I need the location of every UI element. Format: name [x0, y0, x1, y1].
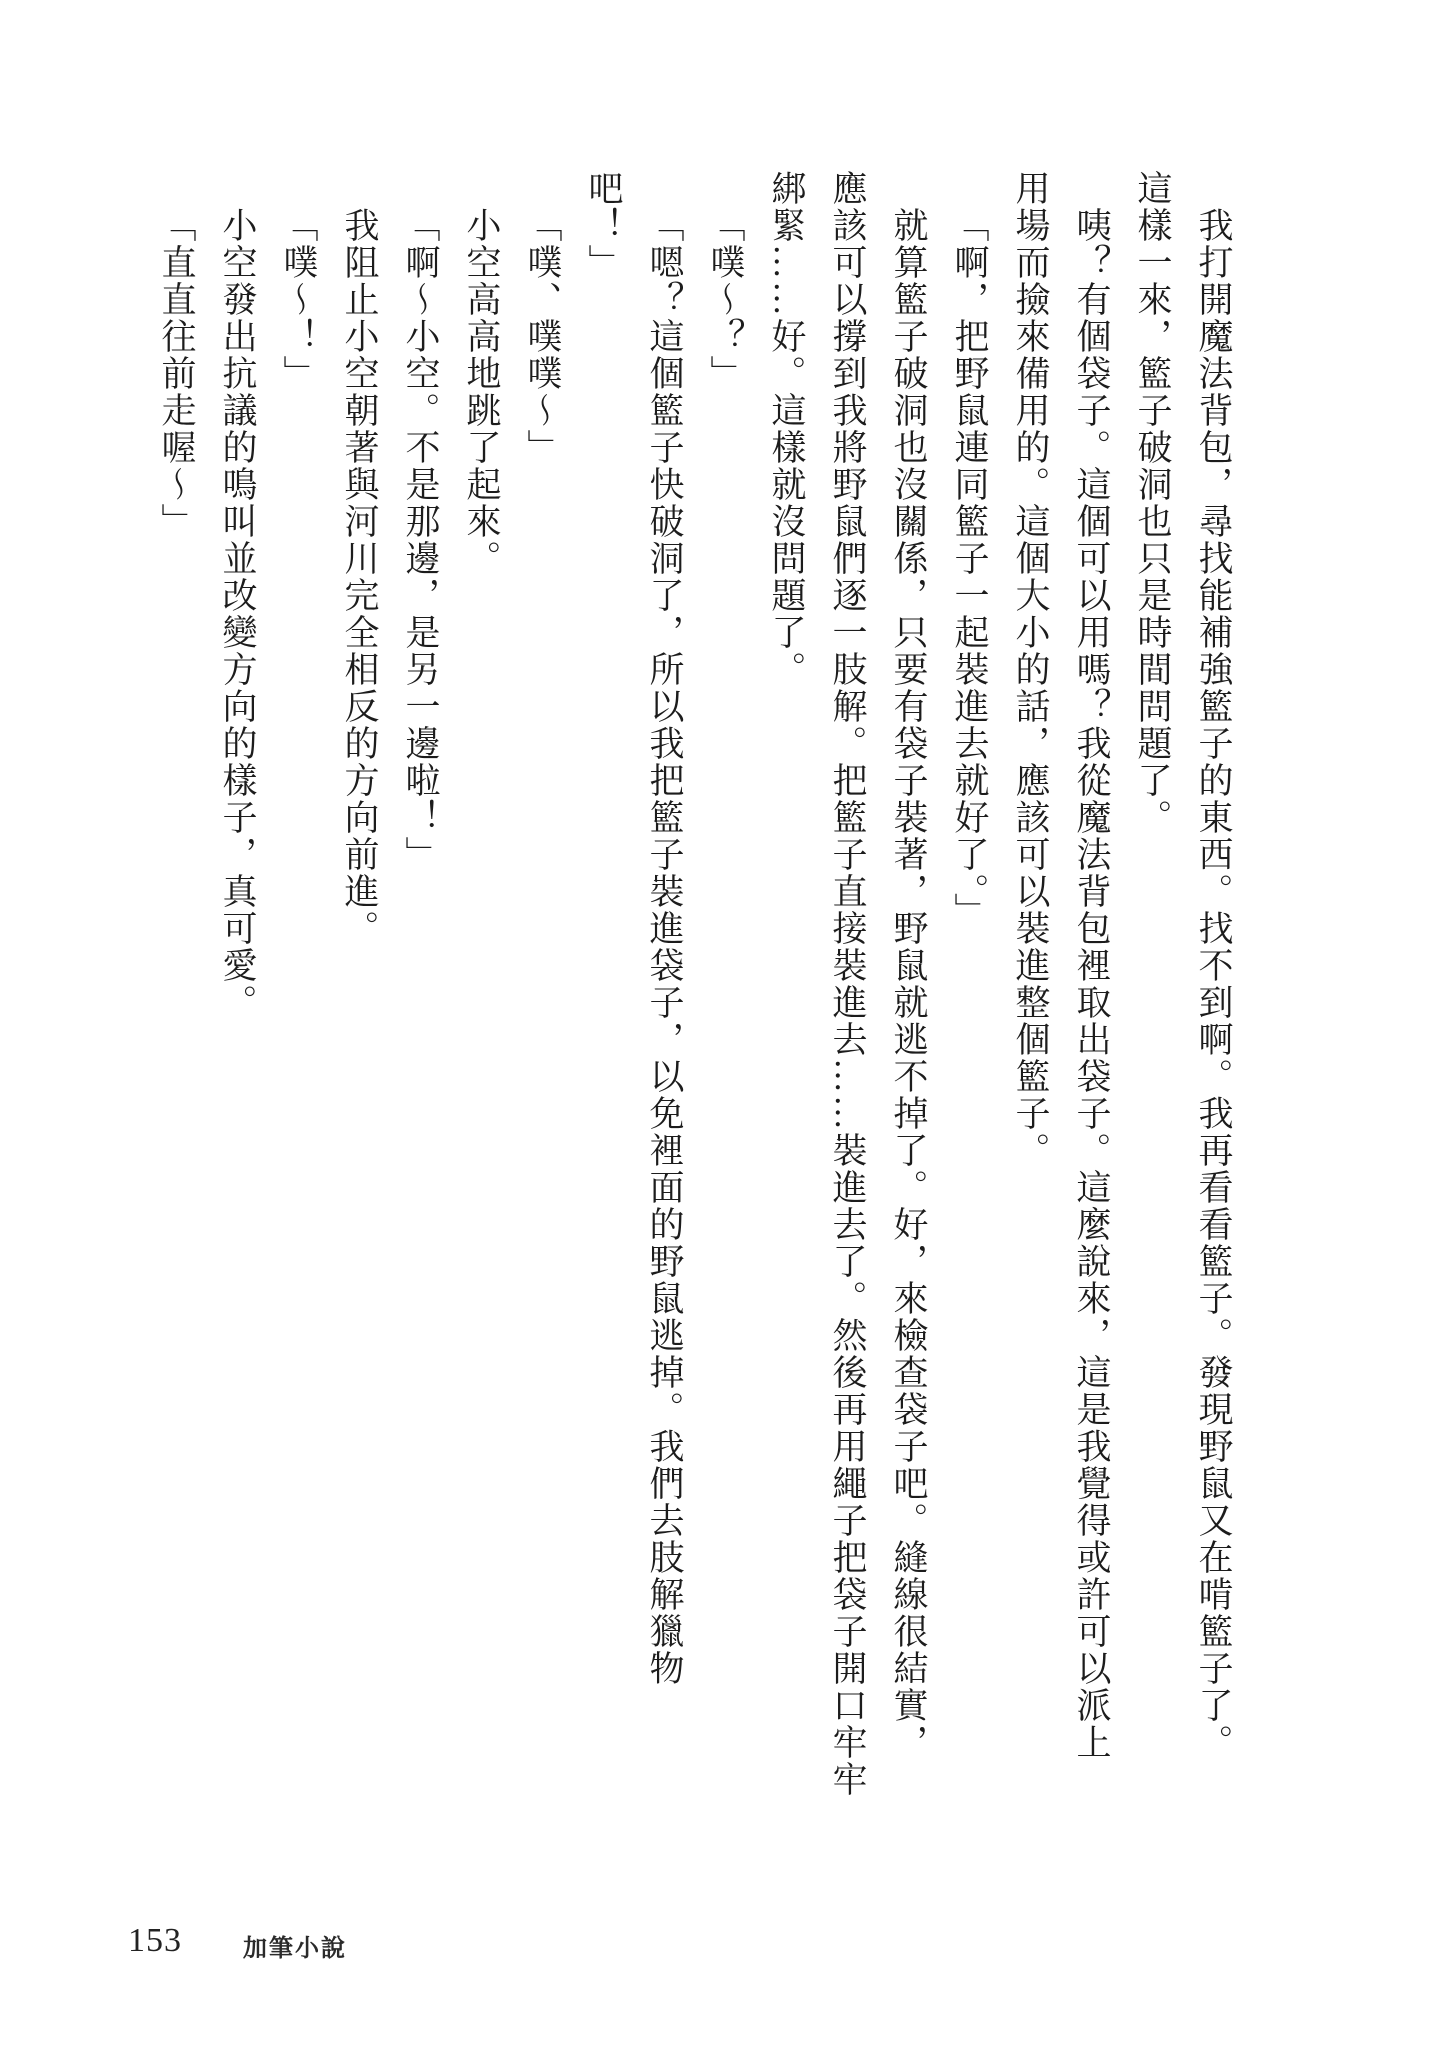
text-column-7: 應該可以撐到我將野鼠們逐一肢解。把籃子直接裝進去……裝進去了。然後再用繩子把袋子… [817, 170, 878, 1810]
text-column-2: 這樣一來，籃子破洞也只是時間問題了。 [1122, 170, 1183, 1810]
text-column-17: 小空發出抗議的鳴叫並改變方向的樣子，真可愛。 [207, 170, 268, 1810]
page-number: 153 [128, 1922, 182, 1960]
text-column-15: 我阻止小空朝著與河川完全相反的方向前進。 [329, 170, 390, 1810]
text-column-1: 我打開魔法背包，尋找能補強籃子的東西。找不到啊。我再看看籃子。發現野鼠又在啃籃子… [1183, 170, 1244, 1810]
text-column-14: 「啊～小空。不是那邊，是另一邊啦！」 [390, 170, 451, 1810]
text-column-11: 吧！」 [573, 170, 634, 1810]
text-column-8: 綁緊……好。這樣就沒問題了。 [756, 170, 817, 1810]
section-title: 加筆小說 [243, 1928, 347, 1963]
text-column-6: 就算籃子破洞也沒關係，只要有袋子裝著，野鼠就逃不掉了。好，來檢查袋子吧。縫線很結… [878, 170, 939, 1810]
text-column-16: 「噗～！」 [268, 170, 329, 1810]
text-column-3: 咦？有個袋子。這個可以用嗎？我從魔法背包裡取出袋子。這麼說來，這是我覺得或許可以… [1061, 170, 1122, 1810]
text-column-12: 「噗、噗噗～」 [512, 170, 573, 1810]
text-column-18: 「直直往前走喔～」 [146, 170, 207, 1810]
page-footer: 153 加筆小說 [0, 1922, 1440, 1970]
novel-text-block: 我打開魔法背包，尋找能補強籃子的東西。找不到啊。我再看看籃子。發現野鼠又在啃籃子… [146, 170, 1244, 1810]
book-page: 我打開魔法背包，尋找能補強籃子的東西。找不到啊。我再看看籃子。發現野鼠又在啃籃子… [0, 0, 1440, 2048]
text-column-13: 小空高高地跳了起來。 [451, 170, 512, 1810]
text-column-9: 「噗～？」 [695, 170, 756, 1810]
text-column-4: 用場而撿來備用的。這個大小的話，應該可以裝進整個籃子。 [1000, 170, 1061, 1810]
text-column-5: 「啊，把野鼠連同籃子一起裝進去就好了。」 [939, 170, 1000, 1810]
text-column-10: 「嗯？這個籃子快破洞了，所以我把籃子裝進袋子，以免裡面的野鼠逃掉。我們去肢解獵物 [634, 170, 695, 1810]
